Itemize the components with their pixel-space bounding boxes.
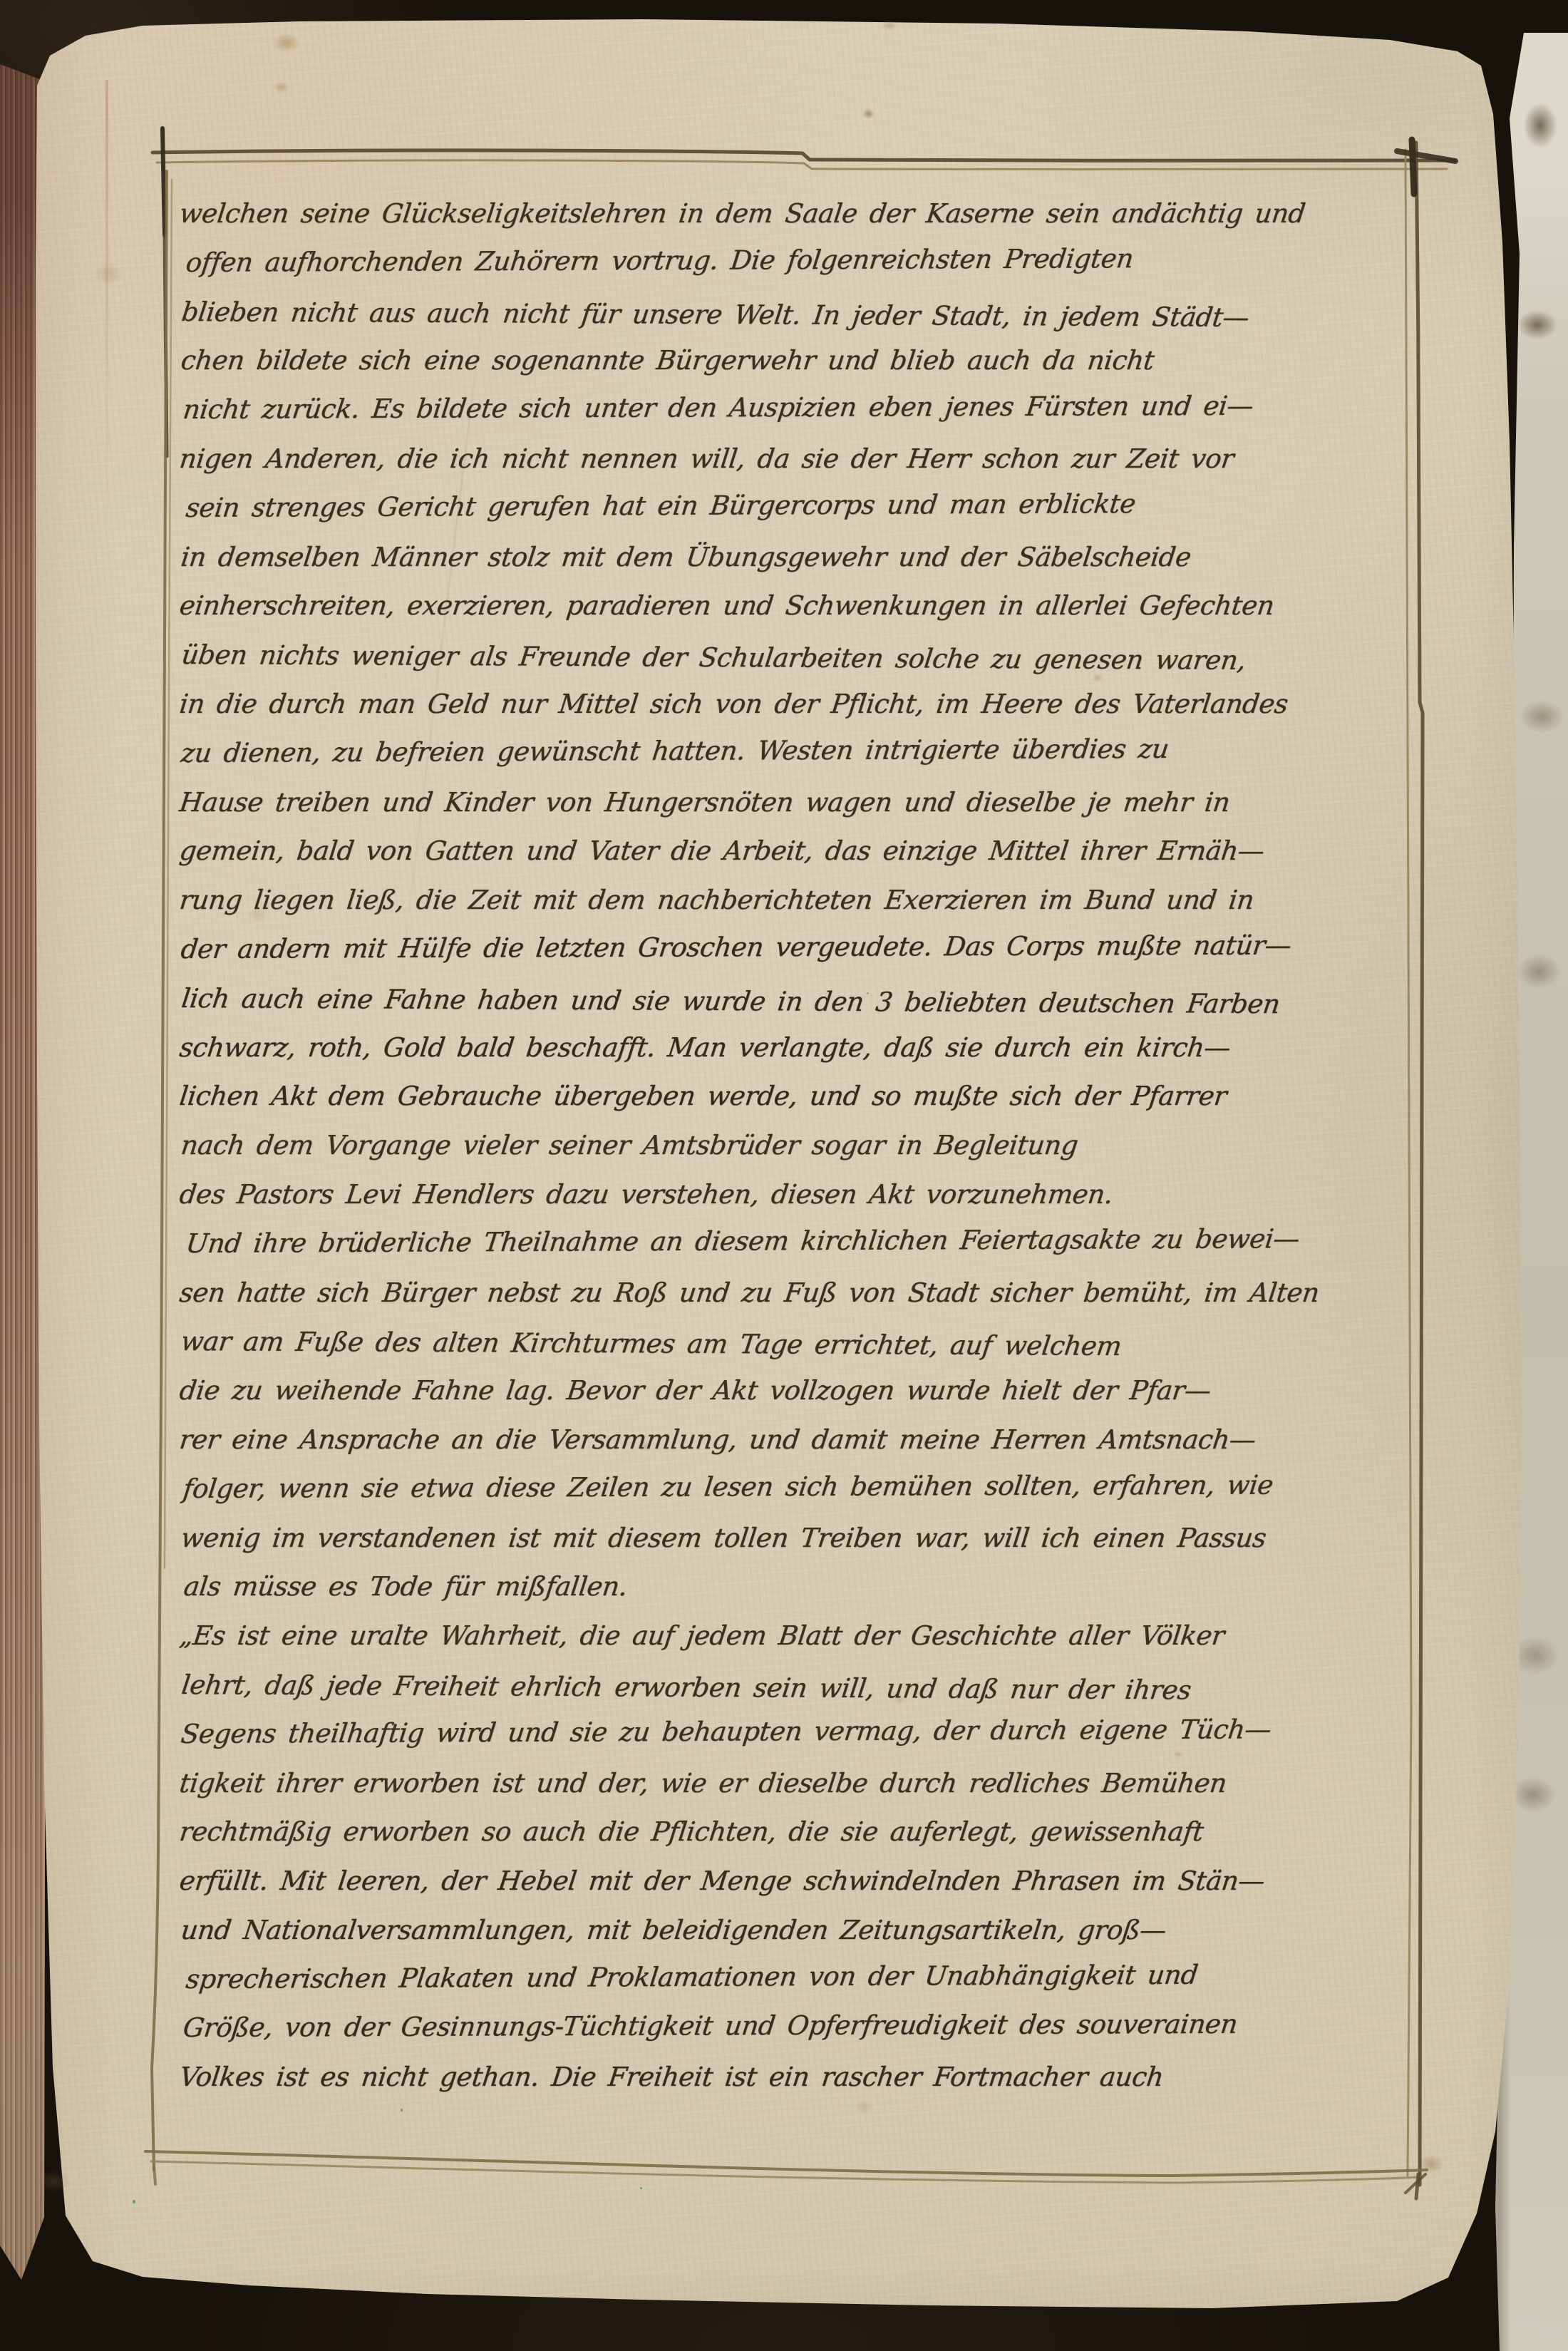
handwritten-line: nach dem Vorgange vieler seiner Amtsbrüd… [177,1121,1393,1171]
handwritten-line: erfüllt. Mit leeren, der Hebel mit der M… [177,1857,1393,1906]
handwritten-line: rechtmäßig erworben so auch die Pflichte… [177,1808,1393,1857]
handwritten-line: wenig im verstandenen ist mit diesem tol… [177,1514,1393,1563]
handwritten-line: nigen Anderen, die ich nicht nennen will… [177,435,1393,484]
handwritten-line: üben nichts weniger als Freunde der Schu… [177,631,1393,686]
handwritten-line: Hause treiben und Kinder von Hungersnöte… [177,778,1393,828]
handwritten-line: welchen seine Glückseligkeitslehren in d… [177,190,1393,239]
handwritten-line: die zu weihende Fahne lag. Bevor der Akt… [177,1367,1393,1416]
handwritten-line: Volkes ist es nicht gethan. Die Freiheit… [177,2053,1393,2102]
scanned-book-photograph: { "document": { "kind": "scanned handwri… [0,0,1568,2351]
handwritten-line: war am Fuße des alten Kirchturmes am Tag… [177,1317,1393,1373]
handwritten-line: des Pastors Levi Hendlers dazu verstehen… [177,1171,1393,1220]
handwritten-line: Und ihre brüderliche Theilnahme an diese… [177,1214,1393,1268]
handwritten-text-block: welchen seine Glückseligkeitslehren in d… [180,190,1390,2102]
handwritten-line: sprecherischen Plakaten und Proklamation… [177,1950,1393,2004]
handwritten-line: rung liegen ließ, die Zeit mit dem nachb… [177,876,1393,925]
handwritten-line: Segens theilhaftig wird und sie zu behau… [177,1704,1393,1759]
handwritten-line: einherschreiten, exerzieren, paradieren … [177,582,1393,631]
handwritten-line: Größe, von der Gesinnungs-Tüchtigkeit un… [177,2000,1393,2054]
handwritten-line: gemein, bald von Gatten und Vater die Ar… [177,827,1393,876]
handwritten-line: in die durch man Geld nur Mittel sich vo… [177,680,1393,729]
handwritten-line: folger, wenn sie etwa diese Zeilen zu le… [177,1461,1393,1514]
handwritten-line: lich auch eine Fahne haben und sie wurde… [177,974,1393,1030]
handwritten-line: der andern mit Hülfe die letzten Grosche… [177,921,1393,974]
handwritten-line: tigkeit ihrer erworben ist und der, wie … [177,1759,1393,1809]
handwritten-line: in demselben Männer stolz mit dem Übungs… [177,533,1393,582]
handwritten-line: offen aufhorchenden Zuhörern vortrug. Di… [177,233,1393,287]
handwritten-line: blieben nicht aus auch nicht für unsere … [177,288,1393,344]
handwritten-line: schwarz, roth, Gold bald beschafft. Man … [177,1024,1393,1073]
handwritten-line: sein strenges Gericht gerufen hat ein Bü… [177,478,1393,533]
handwritten-line: zu dienen, zu befreien gewünscht hatten.… [177,724,1393,778]
handwritten-line: und Nationalversammlungen, mit beleidige… [177,1906,1393,1955]
handwritten-line-paragraph-end: als müsse es Tode für mißfallen. [177,1563,1393,1612]
handwritten-line: rer eine Ansprache an die Versammlung, u… [177,1416,1393,1465]
handwritten-line-quote-start: „Es ist eine uralte Wahrheit, die auf je… [177,1612,1393,1661]
handwritten-line: chen bildete sich eine sogenannte Bürger… [177,336,1393,386]
handwritten-line: lichen Akt dem Gebrauche übergeben werde… [177,1072,1393,1121]
handwritten-line: sen hatte sich Bürger nebst zu Roß und z… [177,1269,1393,1318]
handwritten-line: nicht zurück. Es bildete sich unter den … [177,381,1393,435]
